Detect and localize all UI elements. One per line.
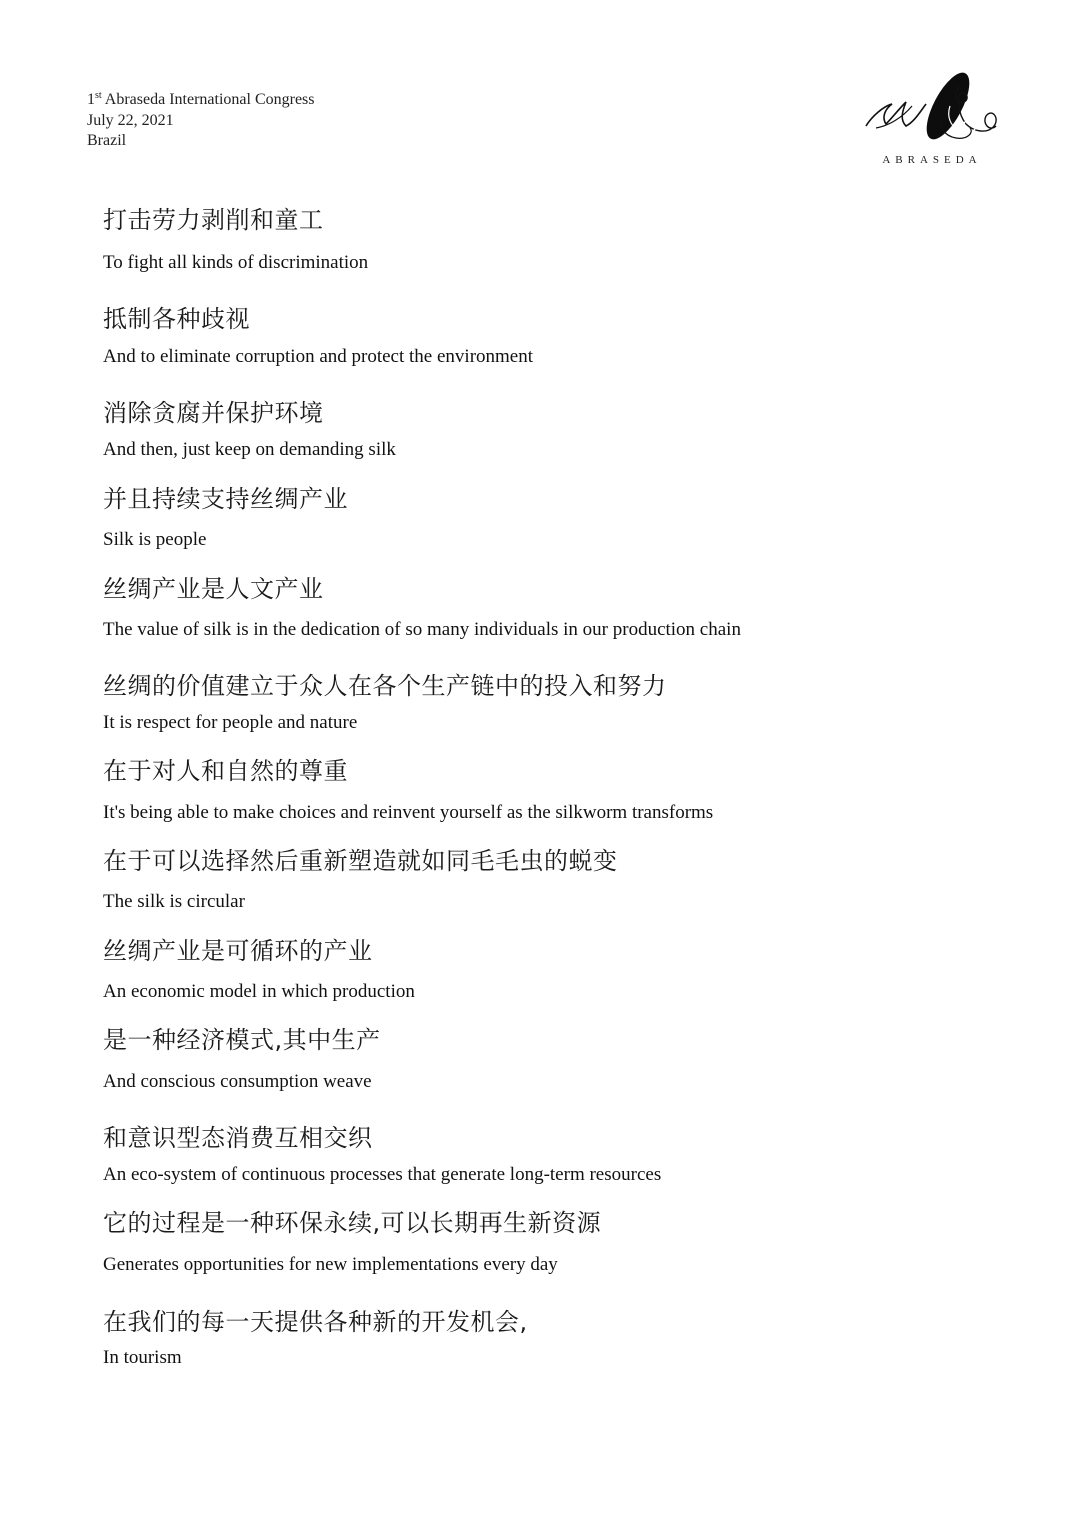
chinese-text-line: 打击劳力剥削和童工	[103, 200, 324, 235]
chinese-text-line: 并且持续支持丝绸产业	[103, 479, 348, 514]
congress-country: Brazil	[87, 131, 315, 152]
abraseda-logo: ABRASEDA	[862, 66, 1002, 170]
english-text-line: In tourism	[103, 1347, 182, 1369]
chinese-text-line: 它的过程是一种环保永续,可以长期再生新资源	[103, 1203, 601, 1238]
chinese-text-line: 是一种经济模式,其中生产	[103, 1020, 381, 1055]
congress-date: July 22, 2021	[87, 111, 315, 132]
ordinal-suffix: st	[95, 90, 102, 101]
chinese-text-line: 丝绸产业是人文产业	[103, 569, 324, 604]
chinese-text-line: 丝绸的价值建立于众人在各个生产链中的投入和努力	[103, 666, 667, 701]
english-text-line: Generates opportunities for new implemen…	[103, 1254, 558, 1276]
chinese-text-line: 在我们的每一天提供各种新的开发机会,	[103, 1302, 528, 1337]
chinese-text-line: 在于对人和自然的尊重	[103, 751, 348, 786]
english-text-line: The silk is circular	[103, 891, 245, 913]
english-text-line: Silk is people	[103, 529, 206, 551]
english-text-line: And conscious consumption weave	[103, 1071, 372, 1093]
chinese-text-line: 丝绸产业是可循环的产业	[103, 931, 373, 966]
chinese-text-line: 抵制各种歧视	[103, 299, 250, 334]
congress-name: Abraseda International Congress	[102, 91, 315, 108]
english-text-line: An economic model in which production	[103, 981, 415, 1003]
chinese-text-line: 在于可以选择然后重新塑造就如同毛毛虫的蜕变	[103, 841, 618, 876]
english-text-line: The value of silk is in the dedication o…	[103, 619, 741, 641]
english-text-line: It is respect for people and nature	[103, 712, 357, 734]
silk-cocoon-logo-icon	[862, 66, 1002, 150]
document-header: 1st Abraseda International Congress July…	[87, 90, 315, 152]
chinese-text-line: 消除贪腐并保护环境	[103, 393, 324, 428]
english-text-line: And then, just keep on demanding silk	[103, 439, 396, 461]
english-text-line: To fight all kinds of discrimination	[103, 252, 368, 274]
english-text-line: An eco-system of continuous processes th…	[103, 1164, 661, 1186]
chinese-text-line: 和意识型态消费互相交织	[103, 1118, 373, 1153]
logo-wordmark: ABRASEDA	[862, 154, 1002, 166]
english-text-line: And to eliminate corruption and protect …	[103, 346, 533, 368]
english-text-line: It's being able to make choices and rein…	[103, 802, 713, 824]
ordinal-number: 1	[87, 91, 95, 108]
congress-title: 1st Abraseda International Congress	[87, 90, 315, 111]
